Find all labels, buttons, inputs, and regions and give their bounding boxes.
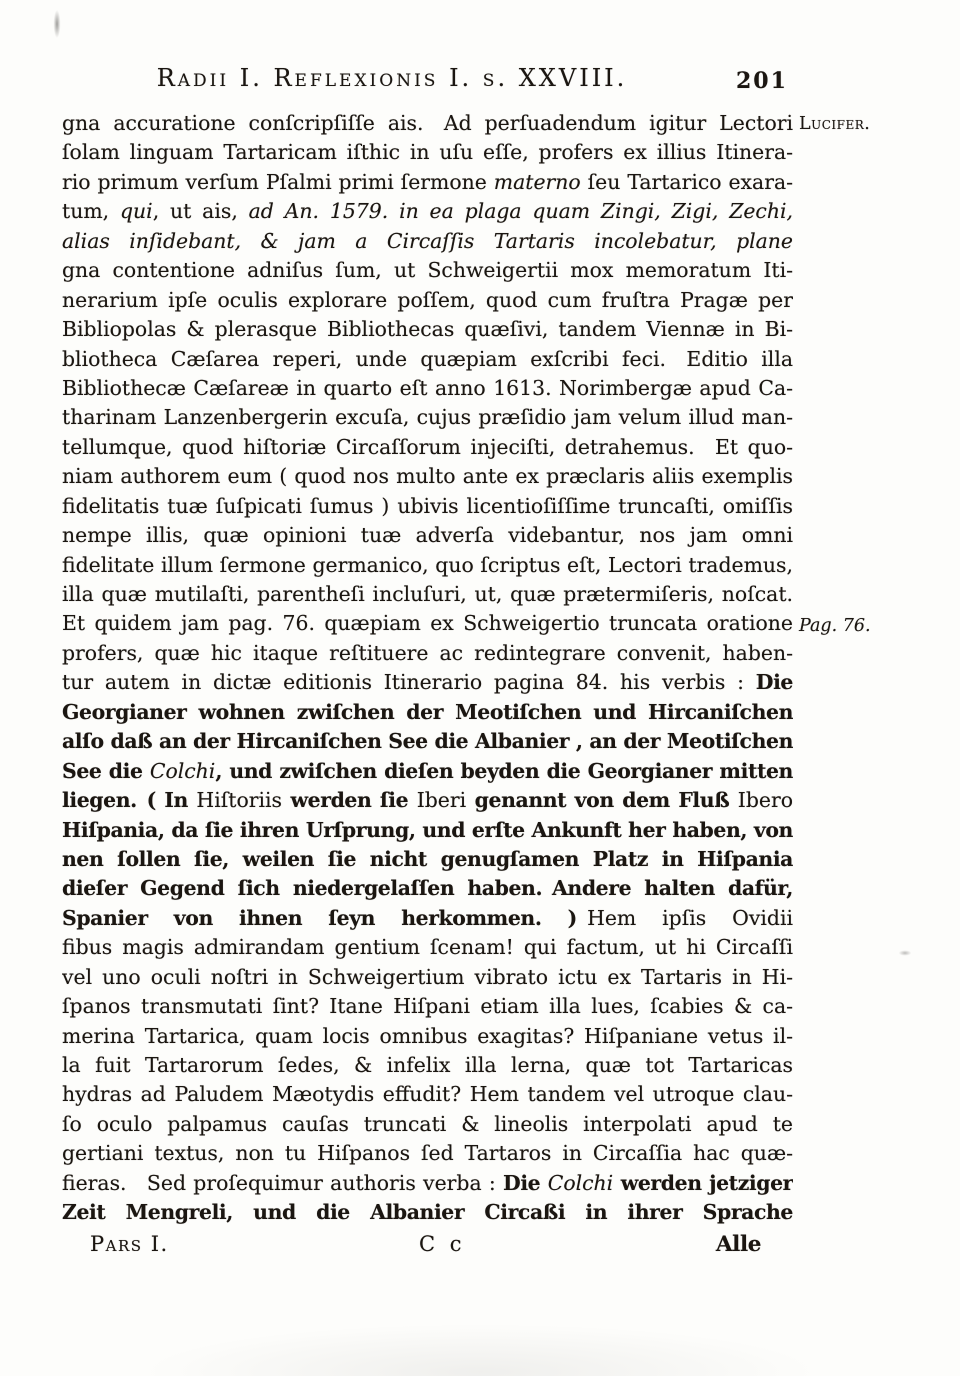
text-line: dieſer Gegend ſich niedergelaſſen haben.… — [62, 874, 793, 903]
text-line: ſolam linguam Tartaricam iſthic in uſu e… — [62, 138, 793, 167]
text-line: See die Colchi, und zwiſchen dieſen beyd… — [62, 757, 793, 786]
text-segment: merina Tartarica, quam locis omnibus exa… — [62, 1024, 793, 1048]
text-segment: ſolam linguam Tartaricam iſthic in uſu e… — [62, 140, 793, 164]
text-line: la fuit Tartarorum ſedes, & infelix illa… — [62, 1051, 793, 1080]
text-segment: werden jetziger — [613, 1171, 793, 1195]
text-line: nen ſollen ſie, weilen ſie nicht genugſa… — [62, 845, 793, 874]
body-text-block: gna accuratione conſcripſiſſe ais. Ad pe… — [62, 109, 793, 1228]
text-segment: Colchi — [548, 1171, 613, 1195]
text-segment: Hiſtoriis — [196, 788, 282, 812]
footer-signature-mark: C c — [419, 1232, 466, 1256]
text-line: Hiſpania, da ſie ihren Urſprung, und erſ… — [62, 816, 793, 845]
text-line: Georgianer wohnen zwiſchen der Meotiſche… — [62, 698, 793, 727]
text-segment: illa quæ mutilaſti, parentheſi incluſuri… — [62, 582, 793, 606]
text-line: fidelitate illum ſermone germanico, quo … — [62, 551, 793, 580]
text-line: gna accuratione conſcripſiſſe ais. Ad pe… — [62, 109, 793, 138]
text-line: hydras ad Paludem Mæotydis effudit? Hem … — [62, 1080, 793, 1109]
text-line: gna contentione adniſus ſum, ut Schweige… — [62, 256, 793, 285]
text-segment: Die — [756, 670, 793, 694]
text-line: fibus magis admirandam gentium ſcenam! q… — [62, 933, 793, 962]
text-segment: tharinam Lanzenbergerin excuſa, cujus pr… — [62, 405, 793, 429]
page-number: 201 — [736, 68, 788, 94]
text-line: alias inſidebant, & jam a Circaſſis Tart… — [62, 227, 793, 256]
running-header-title: Radii I. Reflexionis I. ſ. XXVIII. — [62, 64, 722, 92]
text-segment: la fuit Tartarorum ſedes, & infelix illa… — [62, 1053, 793, 1077]
text-segment: gna accuratione conſcripſiſſe ais. Ad pe… — [62, 111, 793, 135]
page-footer: Pars I. C c Alle — [62, 1232, 793, 1257]
book-page-scan: Radii I. Reflexionis I. ſ. XXVIII. 201 g… — [0, 0, 960, 1376]
text-segment: nerarium ipſe oculis explorare poſſem, q… — [62, 288, 793, 312]
text-line: ſpanos transmutati ſint? Itane Hiſpani e… — [62, 992, 793, 1021]
text-segment: Iberi — [417, 788, 466, 812]
text-segment: alſo daß an der Hircaniſchen See die Alb… — [62, 729, 793, 753]
text-line: bliotheca Cæſarea reperi, unde quæpiam e… — [62, 345, 793, 374]
text-segment: See die — [62, 759, 150, 783]
text-line: Bibliothecæ Cæſareæ in quarto eſt anno 1… — [62, 374, 793, 403]
text-segment: materno — [494, 170, 581, 194]
text-segment: genannt von dem Fluß — [466, 788, 738, 812]
text-line: niam authorem eum ( quod nos multo ante … — [62, 462, 793, 491]
text-segment: Zeit Mengreli, und die Albanier Circaßi … — [62, 1200, 793, 1227]
text-segment: alias inſidebant, & jam a Circaſſis Tart… — [62, 229, 793, 256]
text-line: fidelitatis tuæ ſuſpicati ſumus ) ubivis… — [62, 492, 793, 521]
text-line: tellumque, quod hiſtoriæ Circaſſorum inj… — [62, 433, 793, 462]
text-segment: hydras ad Paludem Mæotydis effudit? Hem … — [62, 1082, 793, 1106]
text-line: rio primum verſum Pſalmi primi ſermone m… — [62, 168, 793, 197]
text-segment: fieras. Sed proſequimur authoris verba : — [62, 1171, 503, 1195]
text-segment: Bibliothecæ Cæſareæ in quarto eſt anno 1… — [62, 376, 793, 400]
footer-catchword: Alle — [716, 1232, 793, 1257]
text-segment: nempe illis, quæ opinioni tuæ adverſa vi… — [62, 523, 793, 547]
text-line: merina Tartarica, quam locis omnibus exa… — [62, 1022, 793, 1051]
text-line: nerarium ipſe oculis explorare poſſem, q… — [62, 286, 793, 315]
margin-note-lucifer: Lucifer. — [799, 114, 957, 134]
text-segment: rio primum verſum Pſalmi primi ſermone — [62, 170, 494, 194]
text-segment: qui — [120, 199, 153, 223]
text-segment: fidelitatis tuæ ſuſpicati ſumus ) ubivis… — [62, 494, 793, 518]
text-segment: niam authorem eum ( quod nos multo ante … — [62, 464, 793, 488]
text-line: Bibliopolas & plerasque Bibliothecas quæ… — [62, 315, 793, 344]
text-line: ſo oculo palpamus cauſas truncati & line… — [62, 1110, 793, 1139]
text-line: Zeit Mengreli, und die Albanier Circaßi … — [62, 1198, 793, 1227]
text-line: liegen. ( In Hiſtoriis werden ſie Iberi … — [62, 786, 793, 815]
text-segment: , ut ais, — [153, 199, 249, 223]
text-line: alſo daß an der Hircaniſchen See die Alb… — [62, 727, 793, 756]
text-segment: Die — [503, 1171, 548, 1195]
text-segment: fidelitate illum ſermone germanico, quo … — [62, 553, 793, 577]
text-line: tur autem in dictæ editionis Itinerario … — [62, 668, 793, 697]
text-segment: Colchi — [150, 759, 215, 783]
text-segment: Spanier von ihnen ſeyn herkommen. ) — [62, 906, 577, 930]
text-line: illa quæ mutilaſti, parentheſi incluſuri… — [62, 580, 793, 609]
margin-note-page-reference: Pag. 76. — [799, 616, 957, 636]
text-segment: tur autem in dictæ editionis Itinerario … — [62, 670, 756, 694]
text-line: Spanier von ihnen ſeyn herkommen. ) Hem … — [62, 904, 793, 933]
text-segment: fibus magis admirandam gentium ſcenam! q… — [62, 935, 793, 959]
text-line: tum, qui, ut ais, ad An. 1579. in ea pla… — [62, 197, 793, 226]
text-segment: liegen. ( In — [62, 788, 196, 812]
text-segment: ſo oculo palpamus cauſas truncati & line… — [62, 1112, 793, 1139]
text-segment: ſpanos transmutati ſint? Itane Hiſpani e… — [62, 994, 793, 1018]
text-line: gertiani textus, non tu Hiſpanos ſed Tar… — [62, 1139, 793, 1168]
text-segment: tellumque, quod hiſtoriæ Circaſſorum inj… — [62, 435, 793, 459]
text-line: fieras. Sed proſequimur authoris verba :… — [62, 1169, 793, 1198]
text-segment: Ibero — [738, 788, 793, 812]
text-segment: vel uno oculi noſtri in Schweigertium vi… — [62, 965, 793, 989]
text-segment: Hiſpania, da ſie ihren Urſprung, und erſ… — [62, 818, 793, 845]
footer-part-label: Pars I. — [62, 1232, 169, 1256]
text-segment: dieſer Gegend ſich niedergelaſſen haben.… — [62, 876, 793, 903]
text-segment: ſeu Tartarico exara- — [581, 170, 793, 194]
text-segment: gna contentione adniſus ſum, ut Schweige… — [62, 258, 793, 282]
text-segment: gertiani textus, non tu Hiſpanos ſed Tar… — [62, 1141, 793, 1165]
text-segment: nen ſollen ſie, weilen ſie nicht genugſa… — [62, 847, 793, 874]
text-segment: tum, — [62, 199, 120, 223]
text-line: nempe illis, quæ opinioni tuæ adverſa vi… — [62, 521, 793, 550]
text-line: tharinam Lanzenbergerin excuſa, cujus pr… — [62, 403, 793, 432]
text-segment: Georgianer wohnen zwiſchen der Meotiſche… — [62, 700, 793, 727]
text-line: profers, quæ hic itaque reſtituere ac re… — [62, 639, 793, 668]
text-segment: bliotheca Cæſarea reperi, unde quæpiam e… — [62, 347, 793, 371]
text-segment: profers, quæ hic itaque reſtituere ac re… — [62, 641, 793, 665]
text-segment: werden ſie — [282, 788, 417, 812]
text-segment: Bibliopolas & plerasque Bibliothecas quæ… — [62, 317, 793, 341]
text-line: vel uno oculi noſtri in Schweigertium vi… — [62, 963, 793, 992]
text-segment: Et quidem jam pag. 76. quæpiam ex Schwei… — [62, 611, 793, 635]
text-line: Et quidem jam pag. 76. quæpiam ex Schwei… — [62, 609, 793, 638]
